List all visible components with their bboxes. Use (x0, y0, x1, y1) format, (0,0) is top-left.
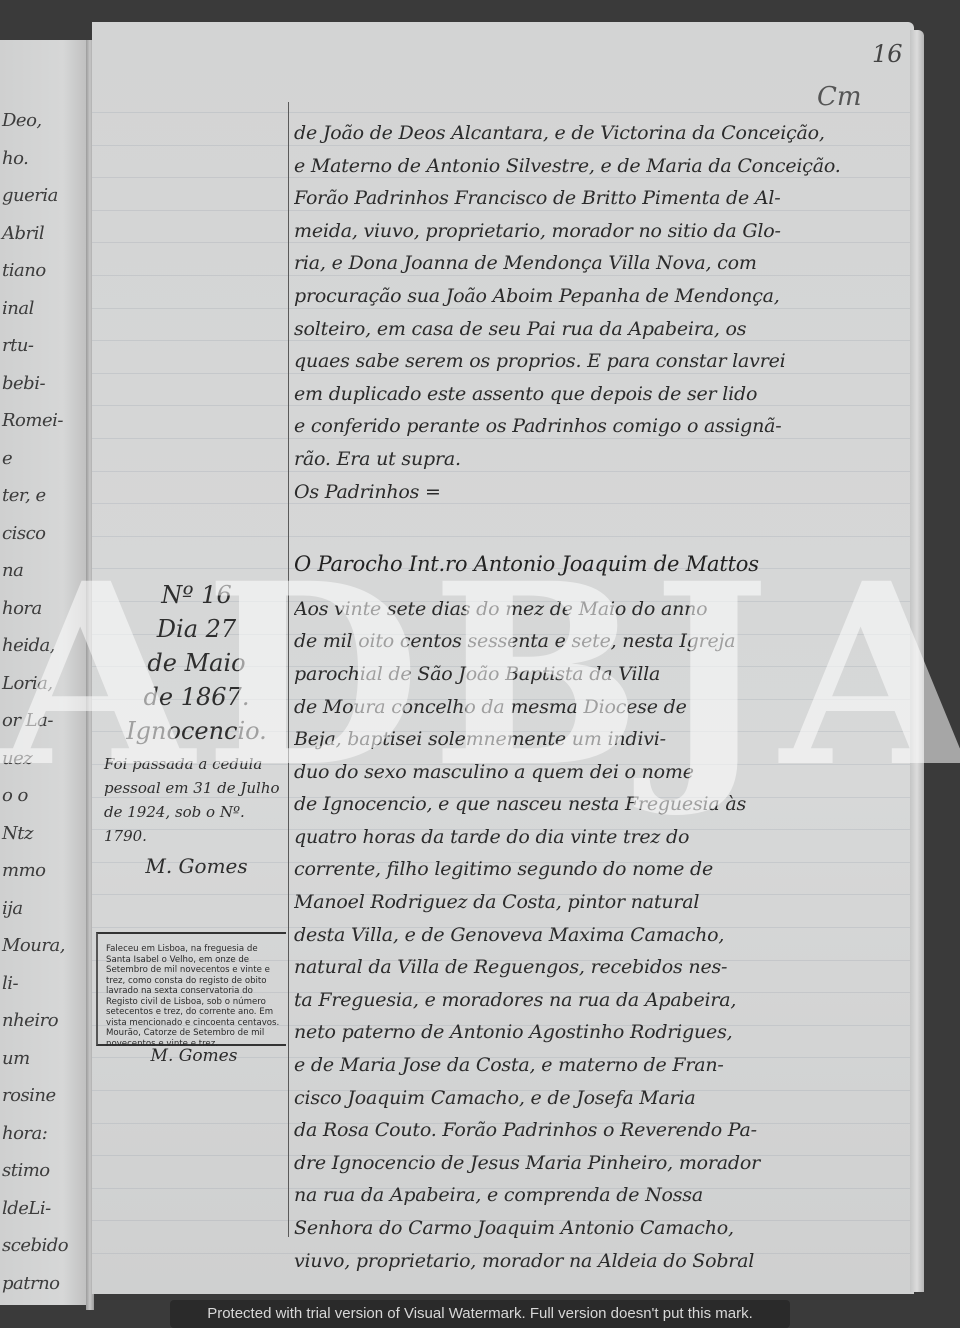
left-page-fragment: li- (2, 973, 18, 994)
left-page-fragment: um (2, 1048, 30, 1069)
left-page: Deo,ho.gueriaAbriltianoinalrtu-bebi-Rome… (0, 40, 90, 1305)
text-line: de Ignocencio, e que nasceu nesta Fregue… (294, 788, 909, 821)
text-line: dre Ignocencio de Jesus Maria Pinheiro, … (294, 1147, 909, 1180)
left-page-fragment: hora (2, 598, 42, 619)
text-line: rão. Era ut supra. (294, 443, 909, 476)
text-line: neto paterno de Antonio Agostinho Rodrig… (294, 1016, 909, 1049)
cedula-note: Foi passada a cedula pessoal em 31 de Ju… (104, 752, 289, 848)
register-page: 16 Cm de João de Deos Alcantara, e de Vi… (92, 22, 914, 1294)
left-page-fragment: ldeLi- (2, 1198, 51, 1219)
text-line: ta Freguesia, e moradores na rua da Apab… (294, 984, 909, 1017)
text-line: duo do sexo masculino a quem dei o nome (294, 756, 909, 789)
text-line: em duplicado este assento que depois de … (294, 378, 909, 411)
page-number: 16 (872, 40, 903, 68)
text-line: ria, e Dona Joanna de Mendonça Villa Nov… (294, 247, 909, 280)
parish-priest-signature: O Parocho Int.ro Antonio Joaquim de Matt… (294, 548, 909, 581)
left-page-fragment: cisco (2, 523, 46, 544)
page-edge (910, 30, 924, 1292)
text-line: Os Padrinhos = (294, 476, 909, 509)
left-page-fragment: inal (2, 298, 34, 319)
left-page-fragment: nheiro (2, 1010, 58, 1031)
text-line: Beja, baptisei solemnemente um indivi- (294, 723, 909, 756)
left-page-fragment: gueria (2, 185, 58, 206)
death-annotation: Faleceu em Lisboa, na freguesia de Santa… (96, 932, 286, 1046)
left-page-fragment: e (2, 448, 12, 469)
left-page-fragment: mmo (2, 860, 45, 881)
entry-year: de 1867. (104, 680, 289, 714)
text-line: procuração sua João Aboim Pepanha de Men… (294, 280, 909, 313)
left-page-fragment: stimo (2, 1160, 50, 1181)
text-line: e conferido perante os Padrinhos comigo … (294, 410, 909, 443)
entry-body: de João de Deos Alcantara, e de Victorin… (294, 117, 909, 1277)
left-page-fragment: patrno (2, 1273, 60, 1294)
entry-number: Nº 16 (104, 578, 289, 612)
text-line: de mil oito centos sessenta e sete, nest… (294, 625, 909, 658)
text-line: solteiro, em casa de seu Pai rua da Apab… (294, 313, 909, 346)
text-line: natural da Villa de Reguengos, recebidos… (294, 951, 909, 984)
entry-day: Dia 27 (104, 612, 289, 646)
text-line: desta Villa, e de Genoveva Maxima Camach… (294, 919, 909, 952)
text-line: viuvo, proprietario, morador na Aldeia d… (294, 1245, 909, 1278)
left-page-fragment: ter, e (2, 485, 46, 506)
trial-watermark-banner: Protected with trial version of Visual W… (170, 1300, 790, 1328)
margin-entry: Nº 16 Dia 27 de Maio de 1867. Ignocencio… (104, 578, 289, 878)
baptized-name: Ignocencio. (104, 714, 289, 748)
left-page-fragment: bebi- (2, 373, 45, 394)
text-line: na rua da Apabeira, e comprenda de Nossa (294, 1179, 909, 1212)
text-line: Senhora do Carmo Joaquim Antonio Camacho… (294, 1212, 909, 1245)
catchword: Cm (817, 82, 862, 112)
text-line: corrente, filho legitimo segundo do nome… (294, 853, 909, 886)
left-page-fragment: Romei- (2, 410, 63, 431)
baptism-entry: Aos vinte sete dias do mez de Maio do an… (294, 593, 909, 1277)
text-line: da Rosa Couto. Forão Padrinhos o Reveren… (294, 1114, 909, 1147)
text-line: Aos vinte sete dias do mez de Maio do an… (294, 593, 909, 626)
text-line: parochial de São João Baptista da Villa (294, 658, 909, 691)
left-page-fragment: rosine (2, 1085, 56, 1106)
text-line: Forão Padrinhos Francisco de Britto Pime… (294, 182, 909, 215)
left-page-fragment: Abril (2, 223, 44, 244)
text-line: e Materno de Antonio Silvestre, e de Mar… (294, 150, 909, 183)
text-line: e de Maria Jose da Costa, e materno de F… (294, 1049, 909, 1082)
left-page-fragment: hora: (2, 1123, 47, 1144)
left-page-fragment: ho. (2, 148, 28, 169)
text-line: quaes sabe serem os proprios. E para con… (294, 345, 909, 378)
left-page-fragment: scebido (2, 1235, 68, 1256)
left-page-fragment: uez (2, 748, 32, 769)
left-page-fragment: na (2, 560, 23, 581)
left-page-fragment: o o (2, 785, 28, 806)
text-line: quatro horas da tarde do dia vinte trez … (294, 821, 909, 854)
text-line: cisco Joaquim Camacho, e de Josefa Maria (294, 1082, 909, 1115)
text-line: de Moura concelho da mesma Diocese de (294, 691, 909, 724)
left-page-fragment: heida, (2, 635, 55, 656)
text-line: Manoel Rodriguez da Costa, pintor natura… (294, 886, 909, 919)
ruled-line (92, 112, 914, 113)
left-page-fragment: Moura, (2, 935, 65, 956)
left-page-fragment: rtu- (2, 335, 34, 356)
left-page-fragment: or La- (2, 710, 53, 731)
note-signature: M. Gomes (104, 854, 289, 878)
text-line: de João de Deos Alcantara, e de Victorin… (294, 117, 909, 150)
death-annotation-text: Faleceu em Lisboa, na freguesia de Santa… (106, 944, 282, 1049)
continuation-entry: de João de Deos Alcantara, e de Victorin… (294, 117, 909, 508)
left-page-fragment: tiano (2, 260, 46, 281)
left-page-fragment: Loria, (2, 673, 53, 694)
left-page-fragment: Deo, (2, 110, 42, 131)
left-page-fragment: Ntz (2, 823, 33, 844)
text-line: meida, viuvo, proprietario, morador no s… (294, 215, 909, 248)
death-annotation-signature: M. Gomes (106, 1051, 282, 1062)
entry-month: de Maio (104, 646, 289, 680)
left-page-fragment: ija (2, 898, 23, 919)
